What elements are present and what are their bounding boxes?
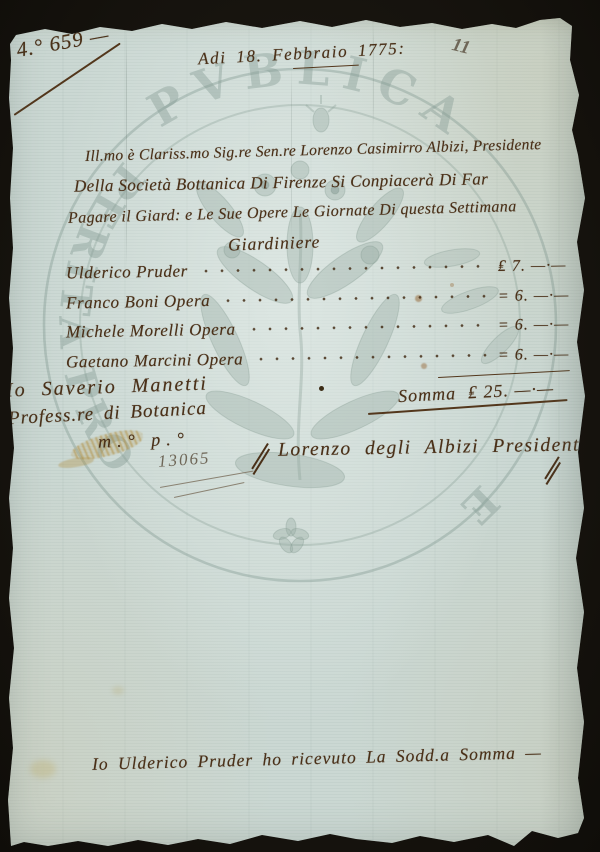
seal-watermark: PVBLICA PERITA PRO E xyxy=(0,0,600,852)
section-heading: Giardiniere xyxy=(228,231,321,255)
worker-name: Michele Morelli Opera xyxy=(66,320,236,343)
receipt-line: Io Ulderico Pruder ho ricevuto La Sodd.a… xyxy=(92,742,542,775)
folio-number: 11 xyxy=(450,34,473,60)
seal-ring-text-right: E xyxy=(448,476,509,537)
worker-name: Ulderico Pruder xyxy=(66,261,188,283)
signature-manetti-line3: m.° p.° xyxy=(98,428,191,452)
sum-label: Somma xyxy=(398,383,457,407)
dotted-leader xyxy=(198,262,488,275)
body-line-1: Ill.mo è Clariss.mo Sig.re Sen.re Lorenz… xyxy=(85,136,542,166)
document-page: PVBLICA PERITA PRO E xyxy=(0,0,600,852)
date-line: Adi 18. Febbraio 1775: xyxy=(198,39,407,70)
payment-row: Ulderico Pruder ₤ 7. —·— xyxy=(66,254,584,283)
ink-blot xyxy=(319,386,324,391)
dotted-leader xyxy=(220,292,488,305)
payment-row: Michele Morelli Opera = 6. —·— xyxy=(66,313,584,342)
pencil-archive-number: 13065 xyxy=(157,448,211,472)
scanned-manuscript-photo: { "document": { "kind": "Handwritten pay… xyxy=(0,0,600,852)
signature-manetti-line1: Io Saverio Manetti xyxy=(6,372,209,402)
ochre-smudge-tail xyxy=(58,456,95,470)
yellow-stain xyxy=(30,760,56,778)
amount-lire: = 6. —·— xyxy=(498,345,584,364)
dotted-leader xyxy=(246,321,488,333)
sum-amount: ₤ 25. —·— xyxy=(467,378,554,403)
payment-entries: Ulderico Pruder ₤ 7. —·— Franco Boni Ope… xyxy=(66,259,584,377)
signature-albizi: Lorenzo degli Albizi Presidente xyxy=(278,434,590,461)
payment-row: Gaetano Marcini Opera = 6. —·— xyxy=(66,343,584,372)
signature-flourish-right xyxy=(544,456,559,479)
pencil-underline xyxy=(160,471,254,489)
dotted-leader xyxy=(253,351,488,363)
yellow-stain xyxy=(112,686,124,695)
payment-row: Franco Boni Opera = 6. —·— xyxy=(66,284,584,313)
amount-lire: = 6. —·— xyxy=(498,315,584,334)
seal-thistle-finial xyxy=(306,95,336,132)
signature-manetti-line2: Profess.re di Botanica xyxy=(8,398,208,430)
body-line-3: Pagare il Giard: e Le Sue Opere Le Giorn… xyxy=(68,198,517,228)
worker-name: Franco Boni Opera xyxy=(66,291,211,314)
signature-flourish-left xyxy=(251,443,268,469)
pencil-underline xyxy=(174,482,245,498)
worker-name: Gaetano Marcini Opera xyxy=(66,349,244,372)
amount-lire: ₤ 7. —·— xyxy=(498,256,584,275)
seal-rosette xyxy=(272,518,310,555)
amount-lire: = 6. —·— xyxy=(498,286,584,305)
body-line-2: Della Società Bottanica Di Firenze Si Co… xyxy=(74,169,488,196)
date-underline xyxy=(293,65,359,70)
